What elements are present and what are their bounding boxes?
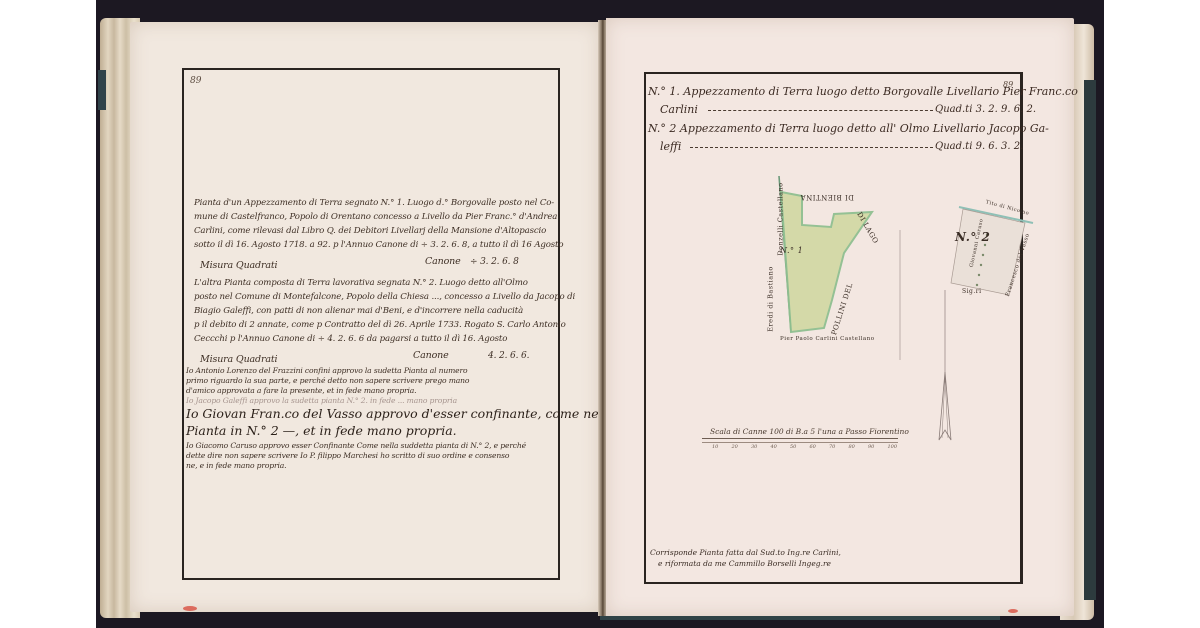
map-label-left-upper: Donzelli Castellano [777,182,785,255]
scale-tick: 10 [712,444,732,450]
map-label-top: DI BIENTINA [800,193,854,201]
map-2-label-bottom-left: Sig.ri [962,288,982,295]
measure-label-1: Misura Quadrati [200,259,277,274]
map-label-bottom: Pier Paolo Carlini Castellano [780,336,875,342]
text-line: Pianta d'un Appezzamento di Terra segnat… [194,196,554,211]
scale-tick: 50 [790,444,810,450]
leader-dashes [708,110,933,111]
text-line: L'altra Pianta composta di Terra lavorat… [194,276,528,291]
ledger-line: N.° 2 Appezzamento di Terra luogo detto … [648,120,1049,137]
text-line: Biagio Galeffi, con patti di non alienar… [194,304,523,319]
text-line: posto nel Comune di Montefalcone, Popolo… [194,290,575,305]
note-line: d'amico approvata a fare la presente, et… [186,386,416,396]
footer-line: e riformata da me Cammillo Borselli Inge… [658,559,831,568]
scale-tick: 60 [810,444,830,450]
scale-tick: 20 [732,444,752,450]
note-line: Io Antonio Lorenzo del Frazzini confini … [186,366,467,376]
scale-tick: 70 [829,444,849,450]
ledger-measure: Quad.ti 9. 6. 3. 2. [935,138,1023,155]
note-line: dette dire non sapere scrivere Io P. fil… [186,451,509,461]
footer-line: Corrisponde Pianta fatta dal Sud.to Ing.… [650,548,841,557]
canone-value-2: 4. 2. 6. 6. [488,349,529,364]
canone-value-1: ÷ 3. 2. 6. 8 [470,255,519,270]
note-line: primo riguardo la sua parte, e perché de… [186,376,469,386]
ledger-line: Carlini [660,101,698,118]
text-line: mune di Castelfranco, Popolo di Orentano… [194,210,557,225]
canone-label-1: Canone [425,255,461,270]
scale-title: Scala di Canne 100 di B.a 5 l'una a Pass… [710,427,909,436]
note-line: ne, e in fede mano propria. [186,461,286,471]
ledger-line: N.° 1. Appezzamento di Terra luogo detto… [648,83,1078,100]
map-1-number: N.° 1 [780,246,803,255]
note-line: Io Giacomo Caruso approvo esser Confinan… [186,441,526,451]
map-2-number: N.° 2 [955,230,990,244]
red-stain [183,606,197,611]
scale-ticks: 102030405060708090100 [712,444,907,450]
scale-tick: 90 [868,444,888,450]
scale-tick: 100 [888,444,908,450]
red-stain [1008,609,1018,613]
cover-strip-left [98,70,106,110]
cover-strip-right [1084,80,1096,600]
scale-tick: 80 [849,444,869,450]
text-line: Ceccchi p l'Annuo Canone di ÷ 4. 2. 6. 6… [194,332,507,347]
ledger-measure: Quad.ti 3. 2. 9. 6. 2. [935,101,1036,118]
text-line: Carlini, come rilevasi dal Libro Q. dei … [194,224,546,239]
signature-line: Pianta in N.° 2 —, et in fede mano propr… [186,423,457,439]
scale-tick: 40 [771,444,791,450]
scale-bar [702,438,898,443]
text-line: sotto il dì 16. Agosto 1718. a 92. p l'A… [194,238,563,253]
map-label-left-lower: Eredi di Bastiano [767,266,775,331]
text-line: p il debito di 2 annate, come p Contratt… [194,318,566,333]
leader-dashes [690,147,933,148]
ledger-line: leffi [660,138,681,155]
note-line-faint: Io Jacopo Galeffi approvo la sudetta pia… [186,396,457,406]
scale-tick: 30 [751,444,771,450]
left-page-number: 89 [190,76,201,86]
canone-label-2: Canone [413,349,449,364]
compass-needle-icon [930,290,960,450]
